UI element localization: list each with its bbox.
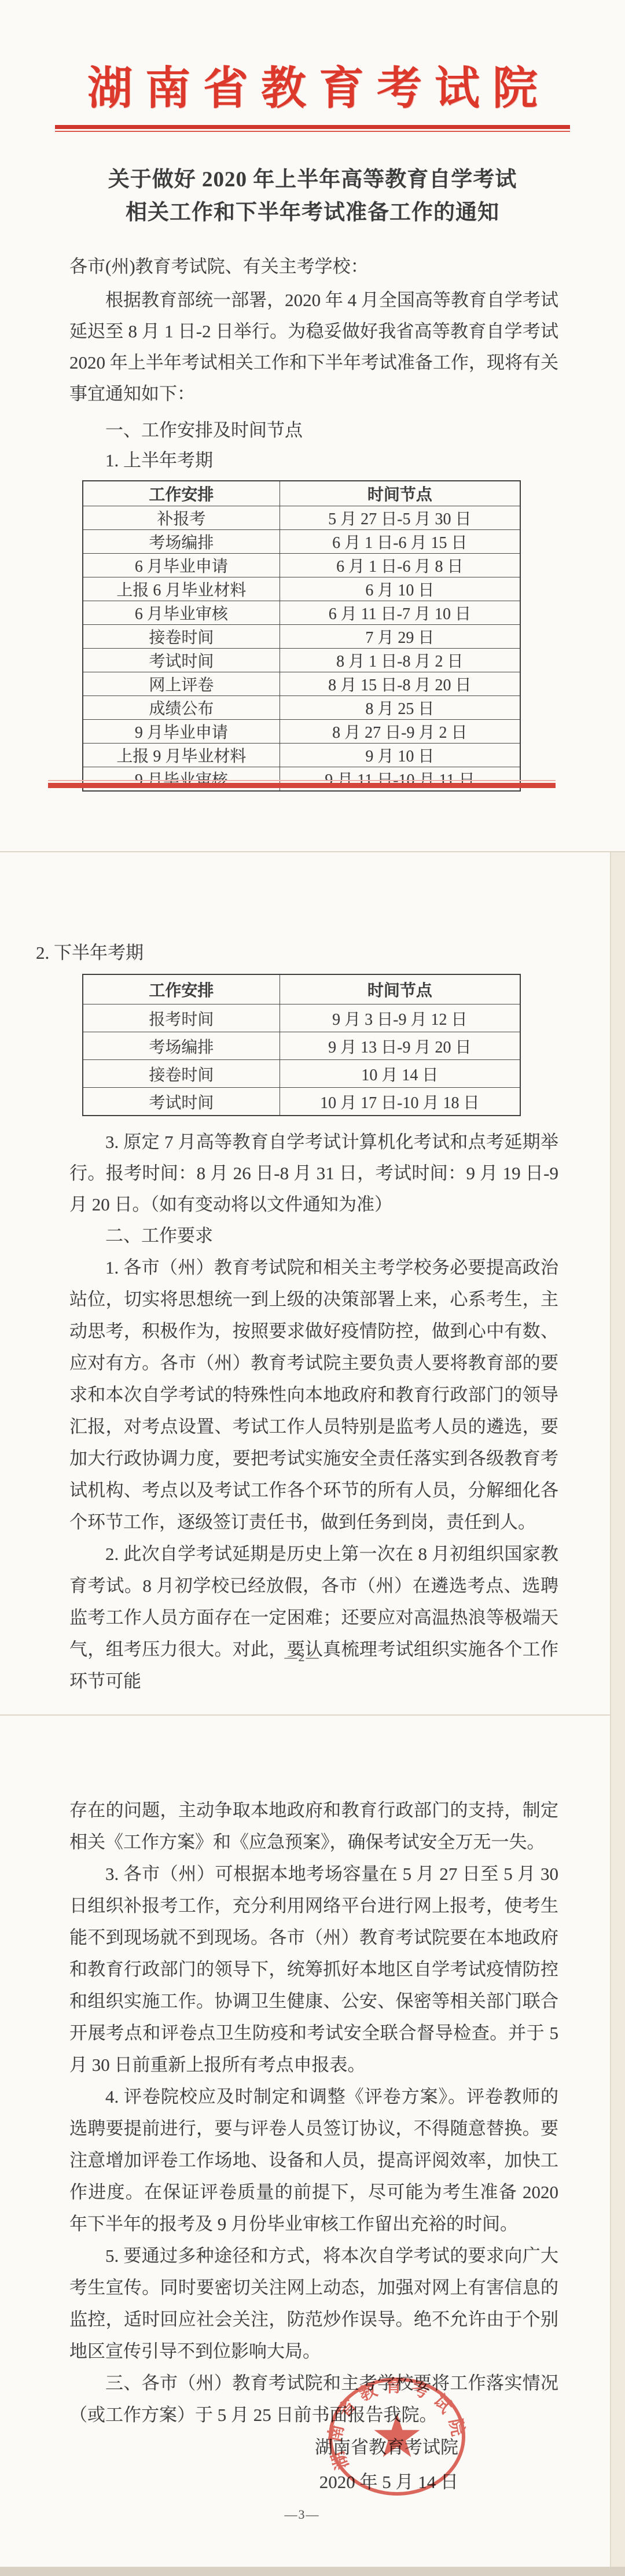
section2-para1: 1. 各市（州）教育考试院和相关主考学校务必要提高政治站位，切实将思想统一到上级… <box>69 1252 558 1538</box>
official-seal: 湖南省教育考试院 <box>326 2375 468 2500</box>
task-cell: 6 月毕业审核 <box>83 601 280 624</box>
seal-star-icon <box>374 2413 420 2457</box>
time-cell: 8 月 27 日-9 月 2 日 <box>280 719 520 743</box>
table-row: 上报 6 月毕业材料6 月 10 日 <box>83 577 520 601</box>
task-cell: 考试时间 <box>83 1088 280 1116</box>
table-row: 接卷时间10 月 14 日 <box>83 1060 520 1088</box>
intro-paragraph: 根据教育部统一部署，2020 年 4 月全国高等教育自学考试延迟至 8 月 1 … <box>69 285 558 410</box>
time-cell: 6 月 11 日-7 月 10 日 <box>280 601 520 624</box>
letterhead-rule <box>55 125 570 132</box>
table-row: 考场编排9 月 13 日-9 月 20 日 <box>83 1032 520 1060</box>
section2-para3: 3. 各市（州）可根据本地考场容量在 5 月 27 日至 5 月 30 日组织补… <box>69 1858 558 2081</box>
table-header-row: 工作安排 时间节点 <box>83 481 520 506</box>
letterhead-bottom-rule <box>48 780 556 788</box>
table-row: 报考时间9 月 3 日-9 月 12 日 <box>83 1004 520 1032</box>
time-cell: 6 月 1 日-6 月 15 日 <box>280 529 520 553</box>
page-number-3: —3— <box>0 2507 604 2522</box>
closing-item3: 三、各市（州）教育考试院和主考学校要将工作落实情况（或工作方案）于 5 月 25… <box>69 2367 558 2431</box>
scanned-document: 湖南省教育考试院 关于做好 2020 年上半年高等教育自学考试 相关工作和下半年… <box>0 0 625 2576</box>
task-cell: 接卷时间 <box>83 624 280 648</box>
table-row: 考场编排6 月 1 日-6 月 15 日 <box>83 529 520 553</box>
table-row: 接卷时间7 月 29 日 <box>83 624 520 648</box>
table-header-row: 工作安排 时间节点 <box>83 974 520 1004</box>
scan-edge-right <box>610 852 625 2576</box>
table-row: 6 月毕业审核6 月 11 日-7 月 10 日 <box>83 601 520 624</box>
signature-block: 湖南省教育考试院 2020 年 5 月 14 日 <box>0 2434 625 2496</box>
document-title: 关于做好 2020 年上半年高等教育自学考试 相关工作和下半年考试准备工作的通知 <box>0 163 625 229</box>
section2-para2-part2: 存在的问题，主动争取本地政府和教育行政部门的支持，制定相关《工作方案》和《应急预… <box>69 1720 558 1858</box>
task-cell: 考场编排 <box>83 529 280 553</box>
task-cell: 上报 6 月毕业材料 <box>83 577 280 601</box>
task-cell: 网上评卷 <box>83 672 280 695</box>
table-row: 成绩公布8 月 25 日 <box>83 695 520 719</box>
section2-para4: 4. 评卷院校应及时制定和调整《评卷方案》。评卷教师的选聘要提前进行，要与评卷人… <box>69 2081 558 2240</box>
time-cell: 5 月 27 日-5 月 30 日 <box>280 506 520 529</box>
time-cell: 6 月 1 日-6 月 8 日 <box>280 553 520 577</box>
table-row: 上报 9 月毕业材料9 月 10 日 <box>83 743 520 767</box>
table-row: 补报考5 月 27 日-5 月 30 日 <box>83 506 520 529</box>
task-cell: 成绩公布 <box>83 695 280 719</box>
table-row: 考试时间10 月 17 日-10 月 18 日 <box>83 1088 520 1116</box>
section2-heading: 二、工作要求 <box>69 1220 558 1252</box>
second-half-schedule-table: 工作安排 时间节点 报考时间9 月 3 日-9 月 12 日考场编排9 月 13… <box>82 974 521 1116</box>
time-cell: 9 月 13 日-9 月 20 日 <box>280 1032 520 1060</box>
document-title-line2: 相关工作和下半年考试准备工作的通知 <box>0 196 625 229</box>
document-title-line1: 关于做好 2020 年上半年高等教育自学考试 <box>0 163 625 196</box>
task-cell: 报考时间 <box>83 1004 280 1032</box>
page-number-2: —2— <box>0 1650 604 1665</box>
first-half-schedule-table: 工作安排 时间节点 补报考5 月 27 日-5 月 30 日考场编排6 月 1 … <box>82 480 521 792</box>
table-row: 9 月毕业申请8 月 27 日-9 月 2 日 <box>83 719 520 743</box>
table-row: 网上评卷8 月 15 日-8 月 20 日 <box>83 672 520 695</box>
section1-heading: 一、工作安排及时间节点 <box>69 415 558 446</box>
task-cell: 6 月毕业申请 <box>83 553 280 577</box>
section1-sub2: 2. 下半年考期 <box>0 852 625 968</box>
salutation: 各市(州)教育考试院、有关主考学校： <box>69 253 558 280</box>
section1-para3: 3. 原定 7 月高等教育自学考试计算机化考试和点考延期举行。报考时间：8 月 … <box>69 1127 558 1220</box>
time-cell: 9 月 3 日-9 月 12 日 <box>280 1004 520 1032</box>
time-cell: 10 月 14 日 <box>280 1060 520 1088</box>
task-cell: 考场编排 <box>83 1032 280 1060</box>
column-header-time: 时间节点 <box>280 974 520 1004</box>
letterhead-agency-title: 湖南省教育考试院 <box>0 65 625 112</box>
section1-sub1: 1. 上半年考期 <box>69 446 558 476</box>
task-cell: 接卷时间 <box>83 1060 280 1088</box>
column-header-task: 工作安排 <box>83 974 280 1004</box>
time-cell: 8 月 15 日-8 月 20 日 <box>280 672 520 695</box>
column-header-task: 工作安排 <box>83 481 280 506</box>
time-cell: 10 月 17 日-10 月 18 日 <box>280 1088 520 1116</box>
task-cell: 9 月毕业申请 <box>83 719 280 743</box>
table-row: 6 月毕业申请6 月 1 日-6 月 8 日 <box>83 553 520 577</box>
section2-para2-part1: 2. 此次自学考试延期是历史上第一次在 8 月初组织国家教育考试。8 月初学校已… <box>69 1538 558 1697</box>
page-2: 2. 下半年考期 工作安排 时间节点 报考时间9 月 3 日-9 月 12 日考… <box>0 852 625 1716</box>
time-cell: 6 月 10 日 <box>280 577 520 601</box>
time-cell: 8 月 25 日 <box>280 695 520 719</box>
scan-edge-bottom <box>0 2567 625 2576</box>
section2-para5: 5. 要通过多种途径和方式，将本次自学考试的要求向广大考生宣传。同时要密切关注网… <box>69 2240 558 2367</box>
task-cell: 上报 9 月毕业材料 <box>83 743 280 767</box>
column-header-time: 时间节点 <box>280 481 520 506</box>
page-3: 存在的问题，主动争取本地政府和教育行政部门的支持，制定相关《工作方案》和《应急预… <box>0 1716 625 2576</box>
task-cell: 考试时间 <box>83 648 280 672</box>
table-row: 考试时间8 月 1 日-8 月 2 日 <box>83 648 520 672</box>
time-cell: 9 月 10 日 <box>280 743 520 767</box>
task-cell: 补报考 <box>83 506 280 529</box>
page-1: 湖南省教育考试院 关于做好 2020 年上半年高等教育自学考试 相关工作和下半年… <box>0 0 625 852</box>
time-cell: 7 月 29 日 <box>280 624 520 648</box>
time-cell: 8 月 1 日-8 月 2 日 <box>280 648 520 672</box>
